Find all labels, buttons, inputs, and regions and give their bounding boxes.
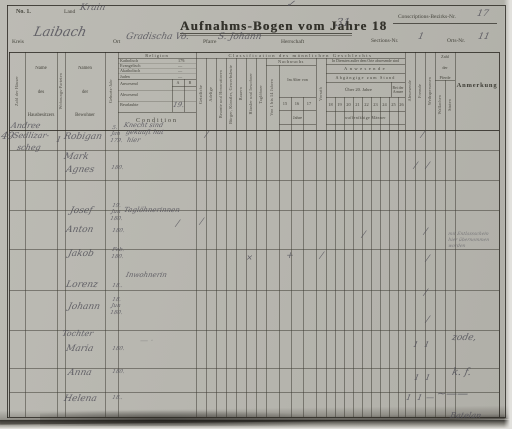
nachwuchs-age-label: Im Alter von (279, 68, 316, 90)
handwriting-27: / (413, 162, 418, 171)
grid-vline-2 (9, 52, 10, 417)
nachwuchs-under-14: Von 1 bis 14 Jahren (266, 65, 279, 130)
handwriting-72: 18.. (111, 396, 123, 402)
religion-row-label-3: Juden (120, 74, 130, 79)
handwriting-69: 1 (424, 374, 431, 382)
class-col-0-label: Geistliche (199, 85, 204, 104)
nachwuchs-year-2: 17 (303, 97, 315, 110)
handwriting-14: 1 (55, 136, 62, 144)
handwriting-41: hier übernommen (448, 239, 490, 244)
handwriting-20: gekauft hat (125, 129, 164, 136)
handwriting-15: Robigan (63, 133, 103, 142)
handwriting-12: Sedlizar- (12, 132, 50, 140)
handwriting-54: Johann (67, 303, 101, 312)
handwriting-9: 19. (172, 102, 185, 109)
religion-row-value-3: — (178, 74, 182, 79)
handwriting-25: Agnes (65, 166, 95, 175)
scan-shadow-lower (0, 420, 512, 429)
horses-title: Zahl der Pferde (435, 54, 455, 80)
service-year-2: 20 (344, 97, 353, 111)
grid-vline-3 (25, 52, 26, 417)
grid-hline-22 (266, 65, 316, 66)
handwriting-70: k. f. (451, 368, 472, 378)
vorrath-column: Vorrath (316, 58, 326, 130)
col-header-birth-year: Geburts-Jahr (105, 56, 118, 126)
herrschaft-label: Herrschaft (281, 39, 304, 45)
class-col-4-label: Bauern (239, 87, 244, 100)
handwriting-28: / (425, 162, 430, 171)
handwriting-3: 31 (335, 17, 351, 28)
service-with-army: Bei der Armee (391, 82, 405, 97)
handwriting-29: Josef (69, 207, 93, 216)
title-underline-2 (180, 35, 352, 36)
grid-vline-36 (391, 82, 392, 97)
handwriting-60: Maria (65, 345, 94, 354)
handwriting-45: 180. (110, 255, 123, 261)
grid-vline-4 (57, 52, 58, 417)
horse-col-0: Wallachen (435, 80, 445, 130)
col-header-inhabitants: Namen der Bewohner (65, 66, 105, 118)
orts-label: Orts-Nr. (447, 38, 465, 44)
grid-vline-22 (344, 97, 345, 417)
grid-hline-28 (326, 82, 405, 83)
nachwuchs-year-0: 15 (279, 97, 291, 110)
handwriting-7: 1 (417, 33, 425, 42)
grid-vline-1 (505, 5, 506, 418)
horse-col-0-label: Wallachen (438, 95, 443, 114)
handwriting-50: Inwohnerin (125, 272, 167, 279)
grid-vline-18 (303, 97, 304, 417)
handwriting-59: Tochter (61, 330, 94, 338)
handwriting-75: — (425, 394, 435, 402)
grid-hline-4 (9, 150, 499, 151)
handwriting-26: 180. (110, 166, 123, 172)
handwriting-66: Anna (67, 369, 92, 378)
service-line-3: Abgängige zum Stand (326, 73, 405, 82)
handwriting-11: Andree (10, 122, 41, 130)
handwriting-39: / (423, 228, 428, 237)
handwriting-62: — · (139, 337, 154, 345)
grid-hline-25 (279, 124, 316, 125)
class-col-5: Häusler und Inwohner (246, 58, 256, 130)
conscription-district-label: Conscriptions-Bezirks-Nr. (398, 14, 456, 20)
col-header-owner: Name des Hausbesitzers (25, 66, 57, 118)
grid-vline-25 (371, 97, 372, 417)
handwriting-18: 179. (109, 139, 122, 145)
handwriting-58: / (425, 316, 430, 325)
grid-vline-23 (353, 97, 354, 417)
grid-hline-27 (326, 73, 405, 74)
grid-vline-19 (316, 58, 317, 417)
handwriting-51: Lorenz (65, 281, 98, 290)
right-col-0: Abwesende (405, 52, 415, 130)
grid-vline-15 (266, 58, 267, 417)
handwriting-67: 180. (111, 370, 124, 376)
grid-vline-21 (335, 97, 336, 417)
handwriting-52: 18.. (111, 284, 123, 290)
handwriting-56: Jun (110, 304, 120, 310)
service-year-7: 25 (389, 97, 398, 111)
grid-hline-30 (326, 111, 405, 112)
grid-vline-28 (398, 97, 399, 417)
nachwuchs-title: Nachwuchs (266, 58, 316, 65)
right-col-1-label: Fremde (418, 84, 423, 98)
handwriting-68: 1 (413, 374, 420, 382)
class-col-0: Geistliche (196, 58, 206, 130)
grid-hline-31 (326, 124, 405, 125)
service-bottom-label: waffenfähige Männer (326, 111, 405, 124)
handwriting-64: 1 (423, 341, 430, 349)
handwriting-47: + (285, 252, 294, 261)
handwriting-42: worden (448, 245, 466, 250)
handwriting-5: Gradischa Vo. (125, 33, 190, 42)
class-col-3-label: Bürger, Künstler, Gewerbsleute (229, 65, 234, 124)
handwriting-31: Jun (110, 210, 120, 216)
remarks-column-header: Anmerkung (455, 78, 499, 92)
handwriting-32: 180. (109, 217, 122, 223)
service-line-2: Anwesende (326, 64, 405, 73)
handwriting-74: 1 (416, 394, 423, 402)
grid-vline-16 (279, 65, 280, 417)
handwriting-22: / (204, 131, 209, 140)
handwriting-0: ✓ (285, 0, 296, 10)
handwriting-1: Krain (79, 4, 106, 13)
grid-hline-26 (326, 64, 405, 65)
service-year-1: 19 (335, 97, 344, 111)
grid-hline-17 (172, 86, 196, 87)
handwriting-61: 180. (111, 347, 124, 353)
handwriting-48: / (319, 252, 324, 261)
handwriting-38: / (361, 231, 366, 240)
grid-hline-24 (279, 110, 316, 111)
grid-vline-27 (389, 97, 390, 417)
handwriting-33: Anton (65, 226, 94, 235)
class-col-5-label: Häusler und Inwohner (249, 73, 254, 114)
kreis-label: Kreis (12, 39, 24, 45)
handwriting-76: ~—— (436, 388, 470, 399)
land-label: Land (64, 9, 75, 15)
handwriting-36: / (175, 220, 180, 229)
class-col-2-label: Beamte und Honoratioren (219, 70, 224, 118)
nachwuchs-year-1: 16 (291, 97, 303, 110)
handwriting-21: hier (126, 137, 141, 144)
grid-vline-35 (499, 52, 500, 417)
right-col-2: Weibspersonen (425, 52, 435, 130)
service-year-3: 21 (353, 97, 362, 111)
class-col-1: Adelige (206, 58, 216, 130)
grid-hline-16 (118, 79, 196, 80)
handwriting-37: / (199, 218, 204, 227)
handwriting-17: Jan (110, 132, 120, 138)
grid-hline-2 (9, 130, 499, 131)
presence-row-label-2: Beurlaubte (120, 102, 138, 107)
handwriting-57: 180. (109, 311, 122, 317)
grid-hline-11 (9, 392, 499, 393)
grid-vline-0 (7, 5, 8, 418)
handwriting-13: scheg (16, 144, 41, 152)
class-col-3: Bürger, Künstler, Gewerbsleute (226, 58, 236, 130)
presence-col-a: A (172, 79, 184, 86)
scan-shadow-blob (40, 410, 340, 426)
sections-label: Sections-Nr. (371, 38, 398, 44)
service-year-5: 23 (371, 97, 380, 111)
grid-vline-38 (184, 79, 185, 112)
service-year-8: 26 (398, 97, 405, 111)
handwriting-6: S. Johann (217, 33, 262, 42)
horse-col-1-label: Stuten (448, 99, 453, 111)
service-year-4: 22 (362, 97, 371, 111)
scanned-census-sheet: No. 1. Land Aufnahms-Bogen vom Jahre 18 … (0, 0, 512, 429)
handwriting-8: 11 (477, 33, 490, 42)
service-year-0: 18 (326, 97, 335, 111)
presence-row-label-1: Abwesend (120, 92, 138, 97)
handwriting-46: × (245, 254, 253, 262)
right-col-2-label: Weibspersonen (428, 77, 433, 105)
handwriting-73: 1 (405, 394, 412, 402)
handwriting-4: Laibach (33, 26, 88, 39)
pfarre-label: Pfarre (203, 39, 216, 45)
handwriting-35: Taglöhnerinnen (123, 207, 180, 214)
grid-vline-6 (105, 52, 106, 417)
title-underline (180, 33, 352, 34)
grid-vline-7 (118, 52, 119, 417)
handwriting-77: Batelan (449, 412, 482, 420)
class-col-6: Taglöhner (256, 58, 266, 130)
ort-label: Ort (113, 39, 120, 45)
handwriting-63: 1 (412, 341, 419, 349)
grid-vline-26 (380, 97, 381, 417)
presence-row-label-0: Anwesend (120, 81, 138, 86)
handwriting-44: Feb. (111, 248, 124, 254)
grid-hline-3 (7, 417, 505, 418)
handwriting-43: Jakob (67, 250, 95, 259)
handwriting-40: mit Entlassschein (448, 233, 489, 238)
grid-hline-20 (118, 112, 196, 113)
service-year-6: 24 (380, 97, 389, 111)
class-col-6-label: Taglöhner (259, 85, 264, 104)
handwriting-53: / (423, 289, 428, 298)
col-header-dwelling-party: Wohnungs-Parteien (57, 56, 65, 126)
handwriting-34: 180. (111, 229, 124, 235)
handwriting-65: zode, (451, 334, 477, 343)
grid-hline-5 (9, 180, 499, 181)
nachwuchs-years-unit: Jahre (279, 110, 316, 124)
horse-col-1: Stuten (445, 80, 455, 130)
presence-col-b: B (184, 79, 196, 86)
service-over-20: Über 20. Jahre (326, 82, 391, 97)
handwriting-24: Mark (63, 153, 89, 162)
class-col-2: Beamte und Honoratioren (216, 58, 226, 130)
grid-vline-24 (362, 97, 363, 417)
handwriting-2: 17 (476, 10, 489, 19)
right-col-0-label: Abwesende (408, 80, 413, 101)
class-col-1-label: Adelige (209, 87, 214, 102)
handwriting-49: / (425, 255, 430, 264)
sheet-title: Aufnahms-Bogen vom Jahre 18 (180, 18, 387, 34)
col-header-house-number: Zahl der Häuser (9, 56, 25, 126)
sheet-number: No. 1. (16, 9, 31, 15)
class-col-4: Bauern (236, 58, 246, 130)
handwriting-71: Helena (63, 395, 97, 404)
right-col-1: Fremde (415, 52, 425, 130)
